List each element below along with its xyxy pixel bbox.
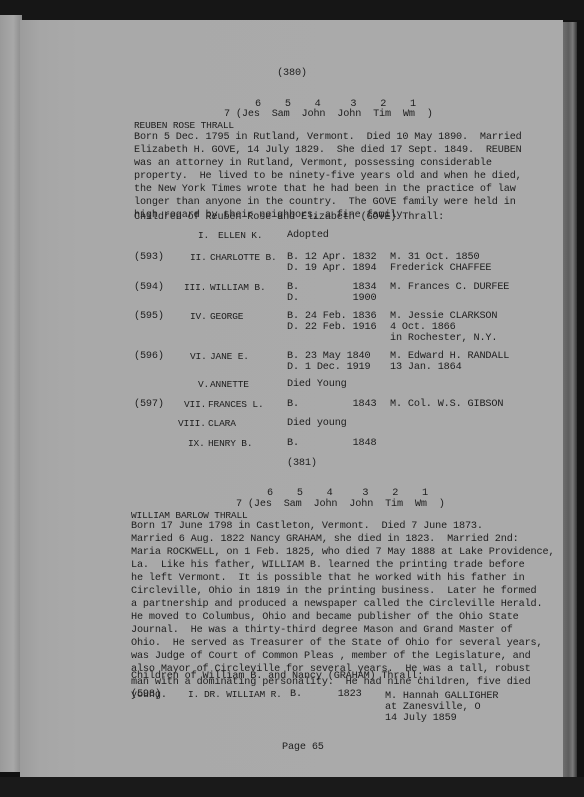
child-dates: Died Young — [287, 378, 347, 391]
children-heading: Children of Reuben Rose and Elizabeth (G… — [134, 211, 444, 224]
child-numeral: VIII. — [178, 417, 206, 430]
scan-background-bottom — [0, 777, 584, 797]
child-name: CHARLOTTE B. — [210, 251, 277, 264]
child-name: DR. WILLIAM R. — [204, 688, 282, 701]
child-death: D. 1 Dec. 1919 — [287, 361, 371, 374]
child-ref: (594) — [134, 281, 164, 294]
child-birth: B. 1823 — [290, 688, 362, 701]
bio-line: the New York Times wrote that he had bee… — [134, 183, 522, 196]
bio-line: Born 17 June 1798 in Castleton, Vermont.… — [131, 520, 554, 533]
child-marriage-place: in Rochester, N.Y. — [390, 332, 497, 345]
child-numeral: I. — [188, 688, 199, 701]
child-birth: B. 1843 — [287, 398, 376, 411]
child-numeral: VII. — [184, 398, 206, 411]
bio-line: longer than anyone in the country. The G… — [134, 196, 522, 209]
bio-line: a partnership and produced a newspaper c… — [131, 598, 554, 611]
child-marriage: M. Frances C. DURFEE — [390, 281, 509, 294]
child-dates: Adopted — [287, 229, 329, 242]
child-ref: (593) — [134, 251, 164, 264]
child-numeral: IV. — [190, 310, 207, 323]
bio-line: Married 6 Aug. 1822 Nancy GRAHAM, she di… — [131, 533, 554, 546]
bio-line: property. He lived to be ninety-five yea… — [134, 170, 522, 183]
child-name: JANE E. — [210, 350, 249, 363]
child-ref: (598) — [131, 688, 161, 701]
children-heading: Children of William B. and Nancy (GRAHAM… — [131, 670, 423, 683]
child-name: FRANCES L. — [208, 398, 264, 411]
bio-line: he left Vermont. It is possible that he … — [131, 572, 554, 585]
biography: Born 5 Dec. 1795 in Rutland, Vermont. Di… — [134, 131, 522, 222]
child-numeral: II. — [190, 251, 207, 264]
page-stack-edge — [563, 22, 577, 777]
child-marriage-date: 13 Jan. 1864 — [390, 361, 462, 374]
child-death: D. 1900 — [287, 292, 376, 305]
generation-names: 7 (Jes Sam John John Tim Wm ) — [224, 108, 433, 121]
page-footer: Page 65 — [282, 741, 324, 754]
child-ref: (595) — [134, 310, 164, 323]
bio-line: Born 5 Dec. 1795 in Rutland, Vermont. Di… — [134, 131, 522, 144]
child-name: ELLEN K. — [218, 229, 262, 242]
child-numeral: V. — [198, 378, 209, 391]
bio-line: La. Like his father, WILLIAM B. learned … — [131, 559, 554, 572]
bio-line: was Judge of Court of Common Pleas , mem… — [131, 650, 554, 663]
bio-line: was an attorney in Rutland, Vermont, pos… — [134, 157, 522, 170]
child-death: D. 19 Apr. 1894 — [287, 262, 376, 275]
child-name: CLARA — [208, 417, 236, 430]
child-name: WILLIAM B. — [210, 281, 266, 294]
page-number-header-2: (381) — [287, 457, 317, 470]
bio-line: Journal. He was a thirty-third degree Ma… — [131, 624, 554, 637]
bio-line: He moved to Columbus, Ohio and became pu… — [131, 611, 554, 624]
child-spouse: Frederick CHAFFEE — [390, 262, 491, 275]
child-numeral: I. — [198, 229, 209, 242]
bio-line: Ohio. He served as Treasurer of the Stat… — [131, 637, 554, 650]
page-number-header: (380) — [0, 67, 584, 80]
previous-page-edge — [0, 15, 22, 772]
child-ref: (597) — [134, 398, 164, 411]
child-marriage: M. Col. W.S. GIBSON — [390, 398, 503, 411]
bio-line: Maria ROCKWELL, on 1 Feb. 1825, who died… — [131, 546, 554, 559]
child-death: D. 22 Feb. 1916 — [287, 321, 376, 334]
child-marriage-date: 14 July 1859 — [385, 712, 457, 725]
generation-names: 7 (Jes Sam John John Tim Wm ) — [236, 498, 445, 511]
bio-line: Elizabeth H. GOVE, 14 July 1829. She die… — [134, 144, 522, 157]
child-name: ANNETTE — [210, 378, 249, 391]
child-numeral: VI. — [190, 350, 207, 363]
child-name: GEORGE — [210, 310, 243, 323]
bio-line: Circleville, Ohio in 1819 in the printin… — [131, 585, 554, 598]
child-numeral: IX. — [188, 437, 205, 450]
child-dates: Died young — [287, 417, 347, 430]
child-name: HENRY B. — [208, 437, 252, 450]
child-ref: (596) — [134, 350, 164, 363]
scan-background-top — [0, 0, 584, 20]
child-birth: B. 1848 — [287, 437, 376, 450]
child-numeral: III. — [184, 281, 206, 294]
